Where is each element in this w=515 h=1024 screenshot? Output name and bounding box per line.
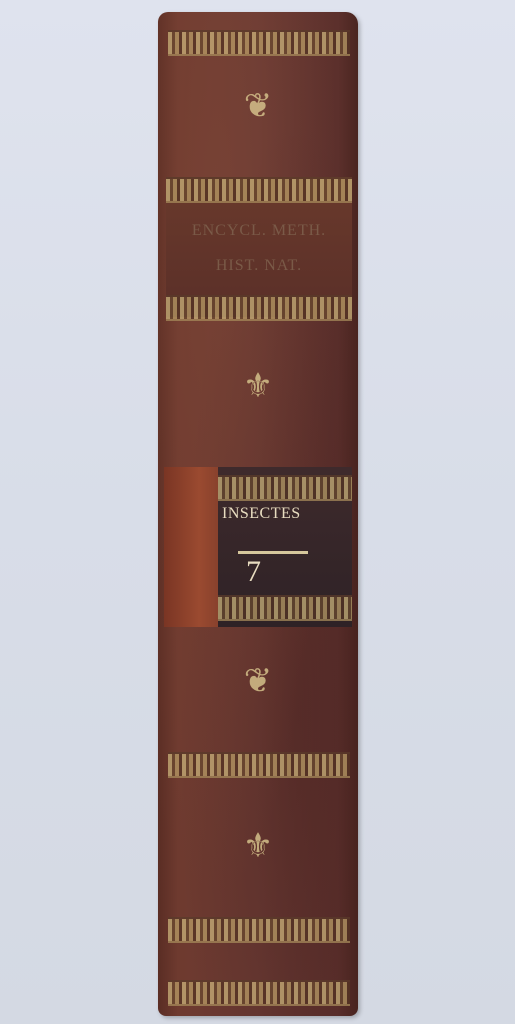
book-spine: ❦ ENCYCL. METH. HIST. NAT. ⚜ INSECTES 7 … xyxy=(158,12,358,1016)
gilt-band xyxy=(168,917,350,943)
label-line1: ENCYCL. METH. xyxy=(166,222,352,240)
gilt-ornament-icon: ⚜ xyxy=(235,827,281,867)
volume-label: INSECTES 7 xyxy=(218,467,352,627)
gilt-band xyxy=(218,595,352,621)
gilt-band xyxy=(166,177,352,203)
gilt-band xyxy=(168,752,350,778)
volume-title: INSECTES xyxy=(218,505,352,523)
top-title-label: ENCYCL. METH. HIST. NAT. xyxy=(166,177,352,317)
gilt-rule xyxy=(238,551,308,554)
gilt-band xyxy=(166,295,352,321)
volume-number: 7 xyxy=(246,555,261,589)
gilt-band xyxy=(168,30,350,56)
gilt-ornament-icon: ⚜ xyxy=(235,367,281,407)
gilt-band xyxy=(168,980,350,1006)
label-line2: HIST. NAT. xyxy=(166,257,352,275)
gilt-ornament-icon: ❦ xyxy=(235,87,281,127)
gilt-ornament-icon: ❦ xyxy=(235,662,281,702)
gilt-band xyxy=(218,475,352,501)
